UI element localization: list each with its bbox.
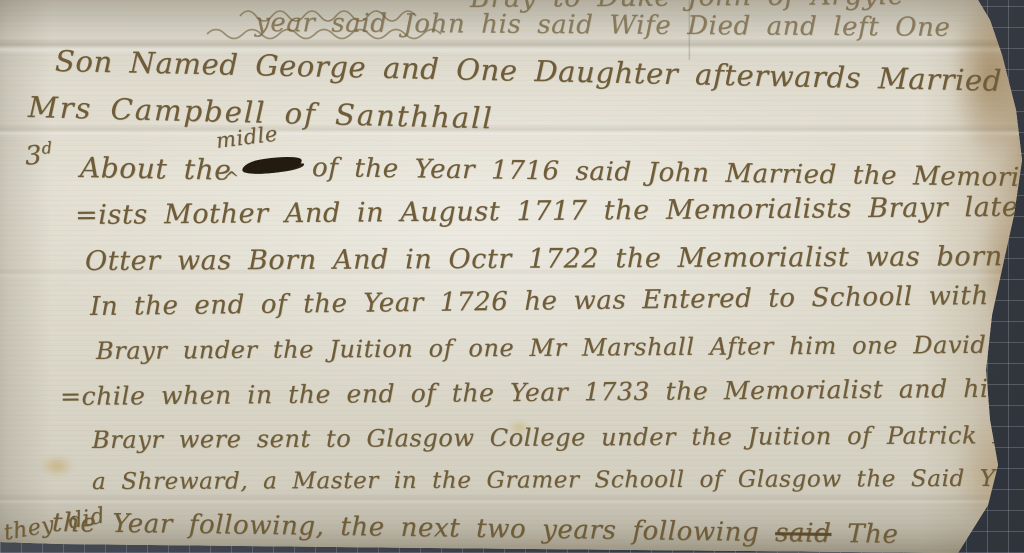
paper-stain <box>40 455 74 477</box>
handwritten-line: =ists Mother And in August 1717 the Memo… <box>75 192 1019 231</box>
manuscript-photo: Bray to Duke John of Argyle year said Jo… <box>0 0 1024 553</box>
handwritten-line: Son Named George and One Daughter afterw… <box>55 44 1024 101</box>
strikethrough-word: said <box>775 518 832 549</box>
handwritten-line: the Year following, the next two years f… <box>52 508 899 550</box>
paper-sheet: Bray to Duke John of Argyle year said Jo… <box>0 0 1024 553</box>
paper-crease <box>0 494 1024 504</box>
handwritten-line: a Shreward, a Master in the Gramer Schoo… <box>92 466 1024 495</box>
handwritten-line: of the Year 1716 said John Married the M… <box>312 153 1024 193</box>
line-text: The <box>847 519 899 550</box>
handwritten-line: Brayr under the Juition of one Mr Marsha… <box>96 330 1024 365</box>
handwritten-line: Otter was Born And in Octr 1722 the Memo… <box>85 241 1012 277</box>
line-text: the Year following, the next two years f… <box>52 508 760 548</box>
handwritten-line: In the end of the Year 1726 he was Enter… <box>90 280 1024 322</box>
insertion-caret: ^ <box>224 168 240 189</box>
margin-item-number: 3d <box>24 138 54 172</box>
handwritten-line: Brayr were sent to Glasgow College under… <box>92 421 1024 454</box>
handwritten-line: year said John his said Wife Died and le… <box>255 8 951 43</box>
ink-blot <box>241 154 302 176</box>
handwritten-line: =chile when in the end of the Year 1733 … <box>60 373 1024 411</box>
handwritten-line: About the <box>80 151 232 187</box>
